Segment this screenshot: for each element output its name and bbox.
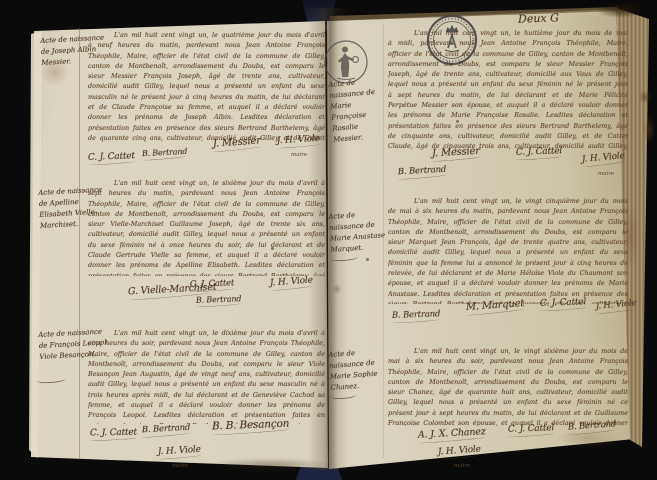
signature: J. H. Viole: [277, 134, 320, 149]
page-annotation: Deux G: [518, 11, 559, 25]
margin-note: Acte de naissance de Marie Sophie Chanez…: [328, 346, 389, 394]
birth-act-text: L'an mil huit cent vingt un, le sixième …: [88, 178, 325, 276]
signature: C. J. Cattel: [516, 146, 563, 161]
signature: C. J. Cattel: [508, 423, 555, 438]
birth-act-text: L'an mil huit cent vingt un, le dixième …: [88, 328, 325, 424]
signature: B. B. Besançon: [212, 418, 290, 436]
signature: B. Bertrand: [196, 294, 242, 308]
mayor-title: maire: [291, 152, 307, 158]
signature: J. H. Viole: [438, 445, 482, 461]
margin-note: Acte de naissance de Marie Anastase Marq…: [328, 208, 389, 256]
signature: B. Bertrand: [398, 165, 447, 181]
signature: B. Bertrand: [392, 309, 441, 324]
signature: C. J. Cattet: [88, 151, 135, 166]
birth-act-text: L'an mil huit cent vingt un, le vingt ci…: [388, 196, 628, 304]
crown-monogram-stamp-icon: [426, 14, 478, 66]
mayor-title: maire: [454, 463, 470, 469]
signature: C. J. Cattet: [190, 278, 235, 293]
birth-act-text: L'an mil huit cent vingt un, le quatrièm…: [88, 30, 325, 142]
signature: B. Bertrand: [142, 147, 188, 161]
mayor-title: maire: [598, 171, 614, 177]
signature: C. J. Cattet: [90, 428, 137, 442]
register-scan: Acte de naissance de Joseph Albin Messie…: [0, 0, 657, 480]
birth-act-text: L'an mil huit cent vingt un, le huitième…: [388, 28, 628, 150]
mayor-title: maire: [172, 463, 188, 469]
signature: J. Messier: [432, 146, 481, 162]
signature: B. Bertrand: [142, 423, 191, 439]
margin-note: Acte de naissance de Marie Françoise Ros…: [328, 75, 390, 146]
signature: J. H. Viole: [158, 445, 201, 460]
standing-figure-stamp-icon: [323, 39, 369, 85]
left-margin-rule: [79, 28, 80, 460]
signature: C. J. Cattel: [540, 297, 587, 312]
birth-act-text: L'an mil huit cent vingt un, le vingt si…: [388, 346, 628, 426]
